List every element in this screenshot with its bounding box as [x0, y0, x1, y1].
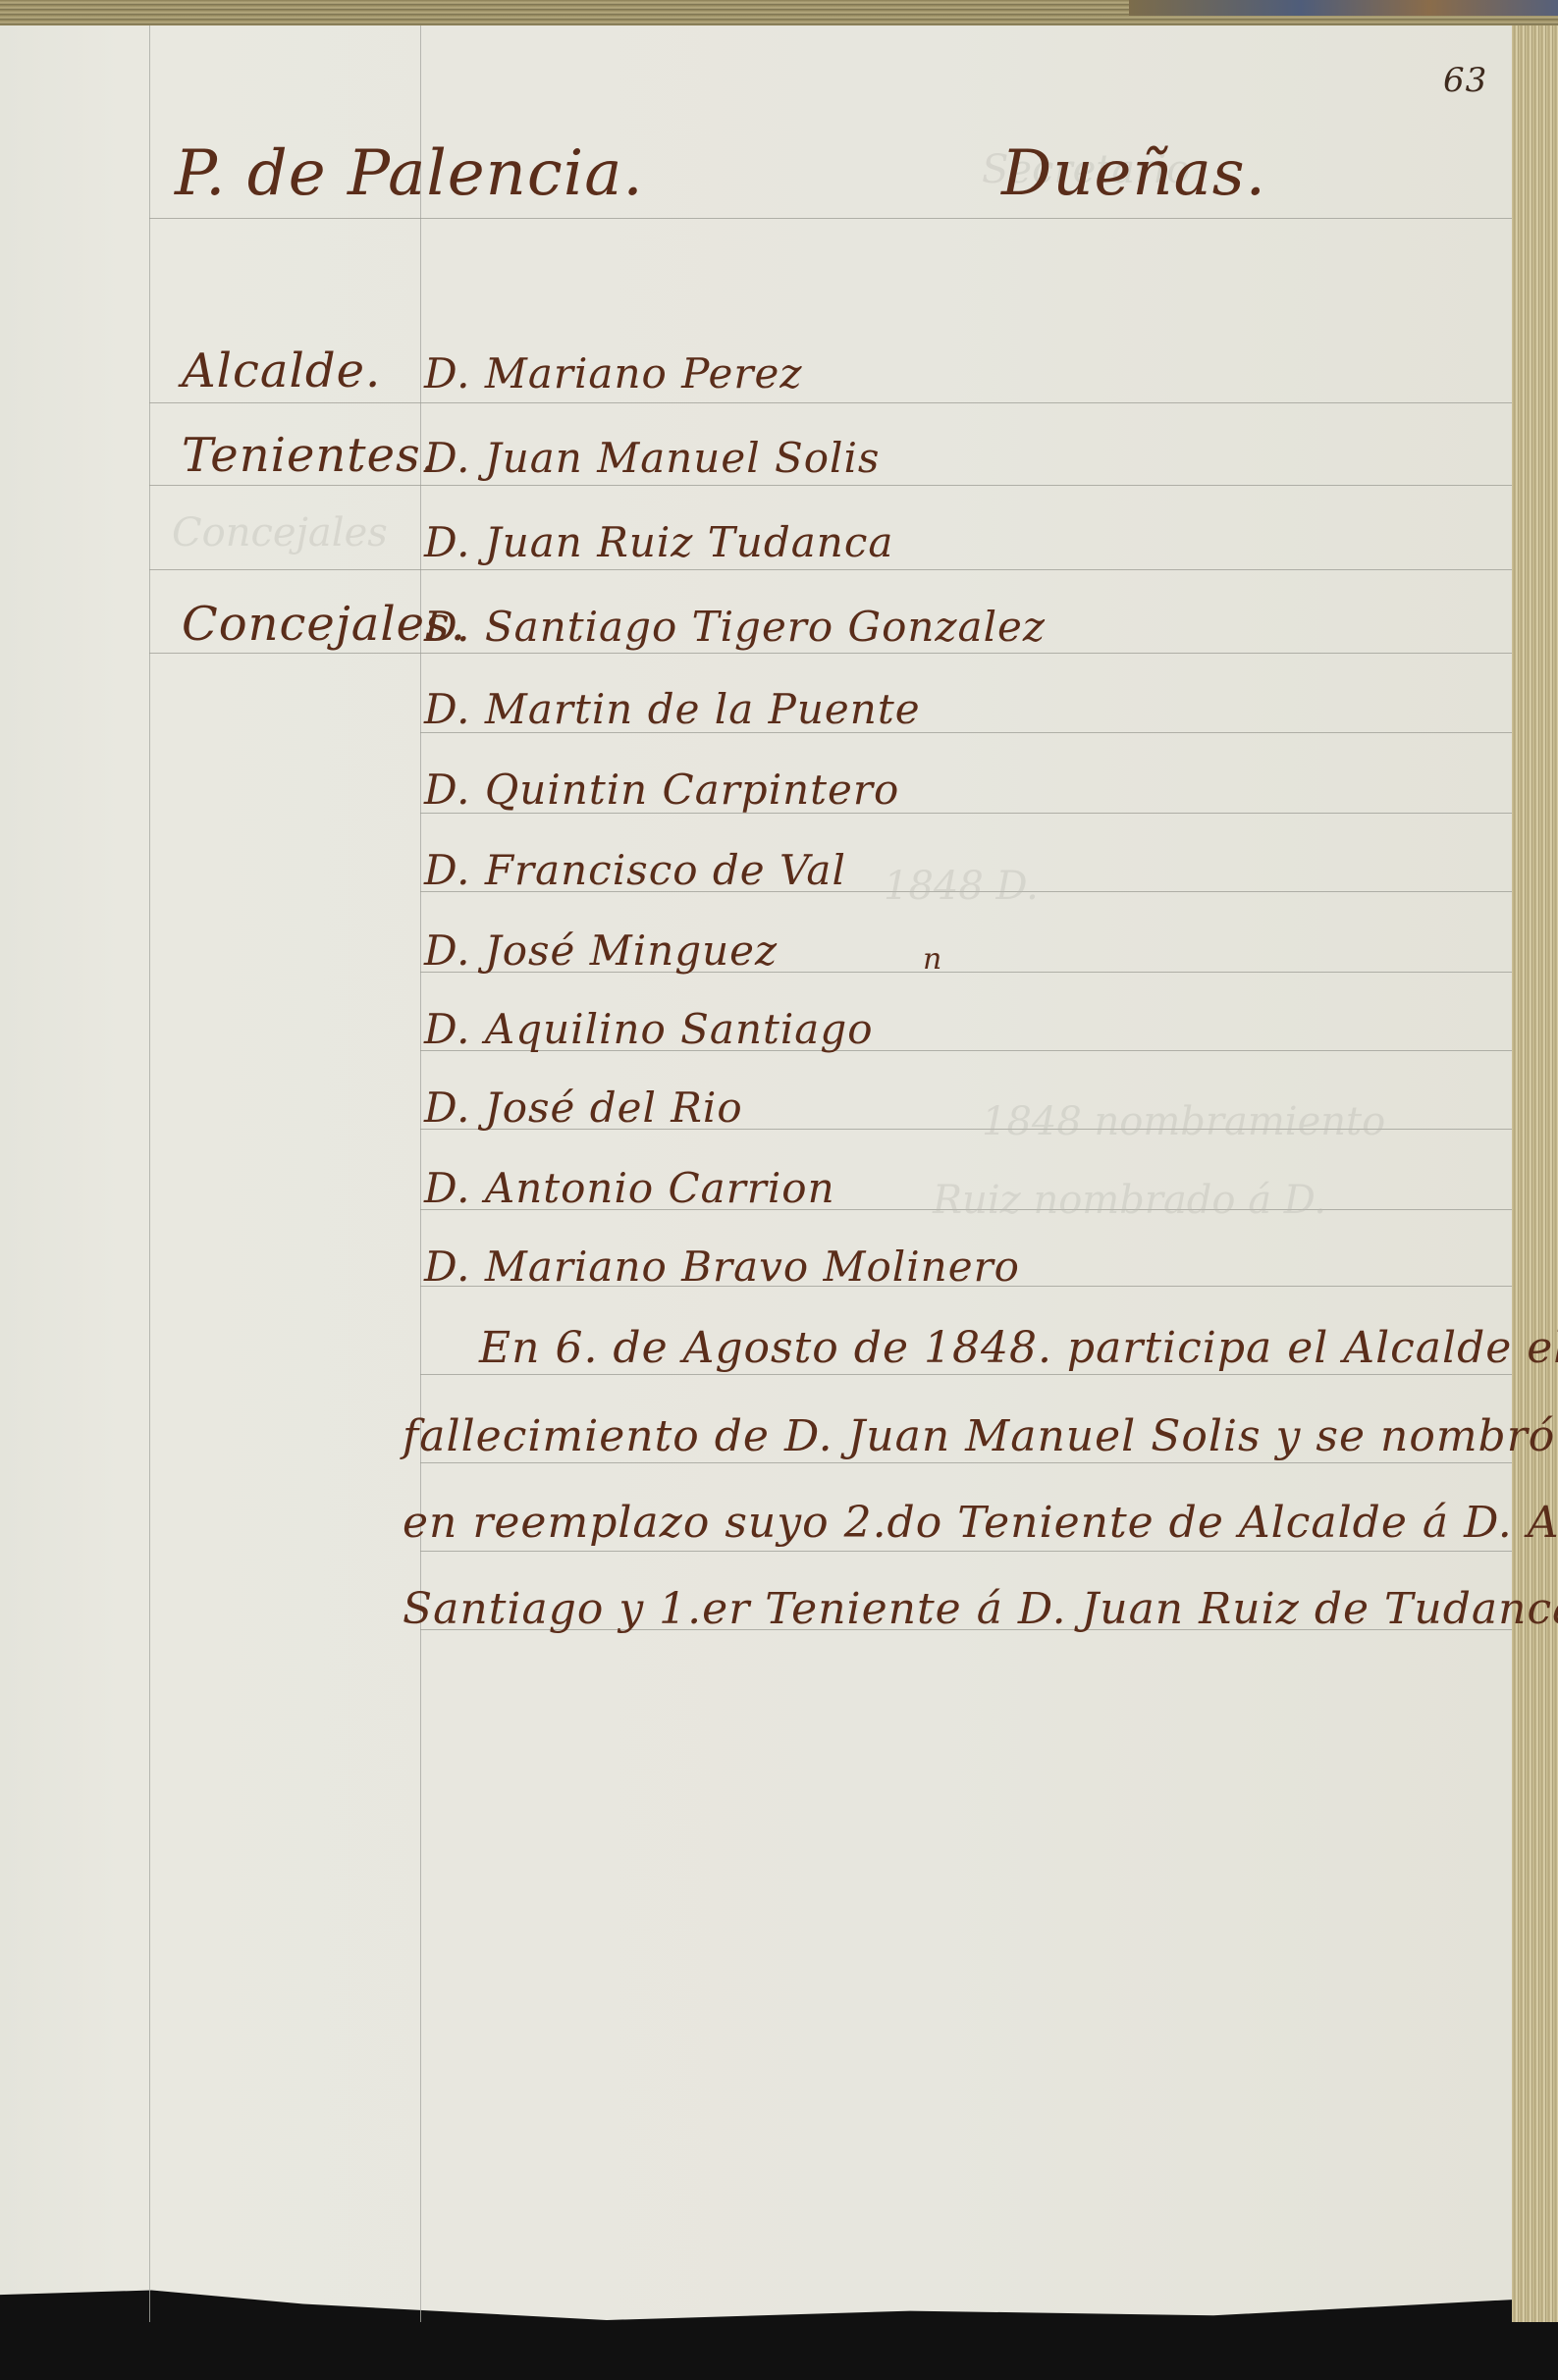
- roster-entry: D. Juan Ruiz Tudanca: [424, 518, 893, 566]
- rule-line: [149, 653, 1512, 654]
- bleed-through-text: Concejales: [172, 510, 388, 555]
- column-rule: [420, 26, 421, 2322]
- role-label-tenientes: Tenientes.: [182, 428, 437, 483]
- role-label-alcalde: Alcalde.: [182, 344, 381, 398]
- roster-entry: D. Aquilino Santiago: [424, 1005, 874, 1053]
- roster-entry: D. Juan Manuel Solis: [424, 434, 880, 482]
- roster-entry: D. Francisco de Val: [424, 846, 846, 894]
- book-cover-strip: [1129, 0, 1558, 16]
- book-right-edge: [1512, 26, 1558, 2322]
- note-line: En 6. de Agosto de 1848. participa el Al…: [479, 1323, 1558, 1373]
- note-line: en reemplazo suyo 2.do Teniente de Alcal…: [403, 1498, 1558, 1548]
- bleed-through-text: 1848 nombramiento: [982, 1099, 1385, 1144]
- rule-line: [149, 569, 1512, 570]
- rule-line: [420, 1551, 1512, 1552]
- rule-line: [420, 1462, 1512, 1463]
- roster-entry: D. José Minguez: [424, 926, 778, 975]
- roster-entry: D. José del Rio: [424, 1084, 743, 1132]
- rule-line: [149, 218, 1512, 219]
- roster-entry: D. Quintin Carpintero: [424, 766, 899, 814]
- margin-mark: n: [923, 942, 942, 977]
- rule-line: [149, 485, 1512, 486]
- roster-entry: D. Martin de la Puente: [424, 685, 921, 733]
- note-line: Santiago y 1.er Teniente á D. Juan Ruiz …: [403, 1584, 1558, 1634]
- rule-line: [420, 1374, 1512, 1375]
- bleed-through-text: Ruiz nombrado á D.: [933, 1178, 1326, 1223]
- roster-entry: D. Mariano Bravo Molinero: [424, 1243, 1020, 1291]
- roster-entry: D. Santiago Tigero Gonzalez: [424, 603, 1046, 651]
- province-heading: P. de Palencia.: [175, 137, 644, 210]
- bleed-through-text: 1848 D.: [884, 864, 1039, 909]
- town-heading: Dueñas.: [1001, 137, 1266, 210]
- page-number: 63: [1443, 61, 1487, 100]
- rule-line: [149, 402, 1512, 403]
- roster-entry: D. Mariano Perez: [424, 349, 802, 397]
- left-margin-rule: [149, 26, 150, 2322]
- roster-entry: D. Antonio Carrion: [424, 1164, 835, 1212]
- note-line: fallecimiento de D. Juan Manuel Solis y …: [403, 1411, 1555, 1461]
